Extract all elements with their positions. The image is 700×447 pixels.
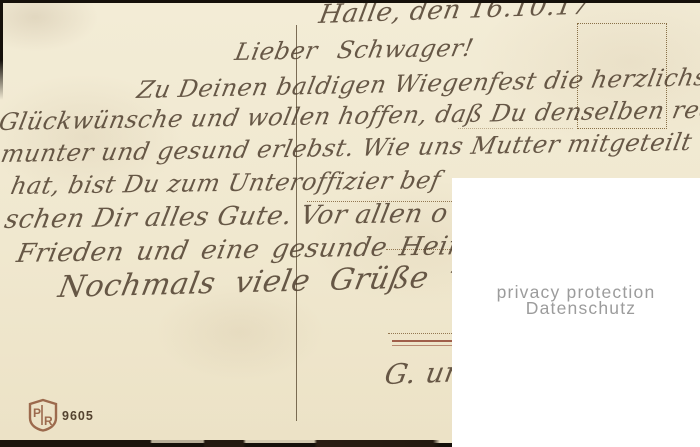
scan-edge-left [0,0,3,100]
postcard-scan: Halle, den 16.10.17 Lieber Schwager! Zu … [0,0,700,447]
logo-letter-r: R [44,414,53,428]
privacy-text-de: Datenschutz [452,300,700,318]
address-dotted-line [458,128,573,129]
logo-letter-p: P [33,406,41,420]
scan-edge-top [0,0,700,3]
handwriting-line: schen Dir alles Gute. Vor allen o [2,199,451,235]
publisher-logo-icon: P R [26,398,60,432]
address-double-rule [392,340,452,346]
salutation: Lieber Schwager! [233,34,477,66]
address-dotted-line [388,333,452,334]
publisher-number: 9605 [62,409,94,423]
privacy-overlay: privacy protection Datenschutz [452,178,700,447]
scan-edge-bottom [0,440,452,447]
